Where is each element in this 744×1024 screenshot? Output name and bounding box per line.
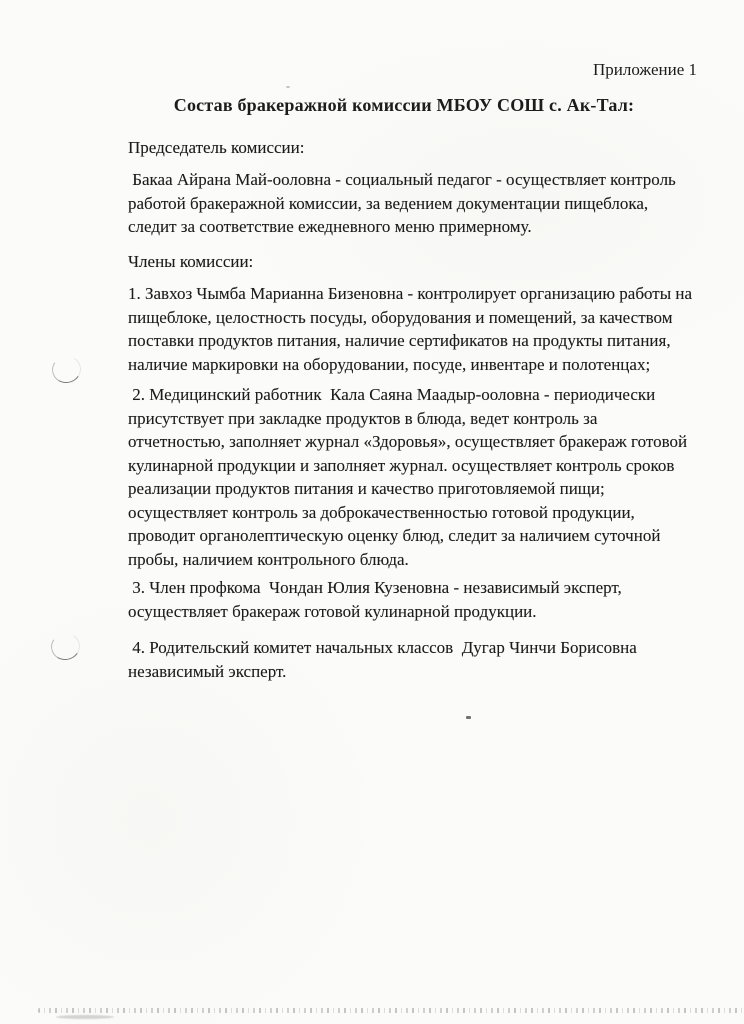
heading-text: Председатель комиссии: (128, 136, 708, 160)
text-line: работой бракеражной комиссии, за ведение… (128, 192, 708, 216)
text-line: осуществляет контроль за доброкачественн… (128, 501, 708, 525)
text-line: присутствует при закладке продуктов в бл… (128, 407, 708, 431)
text-line: проводит органолептическую оценку блюд, … (128, 524, 708, 548)
text-line: пробы, наличием контрольного блюда. (128, 548, 708, 572)
text-line: кулинарной продукции и заполняет журнал.… (128, 454, 708, 478)
members-heading: Члены комиссии: (128, 250, 708, 274)
member-item-4: 4. Родительский комитет начальных классо… (128, 636, 708, 683)
text-line: 1. Завхоз Чымба Марианна Бизеновна - кон… (128, 282, 708, 306)
document-page: Приложение 1 Состав бракеражной комиссии… (0, 0, 744, 1024)
text-line: наличие маркировки на оборудовании, посу… (128, 353, 708, 377)
text-line: отчетностью, заполняет журнал «Здоровья»… (128, 430, 708, 454)
appendix-label: Приложение 1 (0, 60, 697, 80)
text-line: 3. Член профкома Чондан Юлия Кузеновна -… (128, 576, 708, 600)
member-item-2: 2. Медицинский работник Кала Саяна Маады… (128, 383, 708, 571)
chairman-heading: Председатель комиссии: (128, 136, 708, 160)
text-line: Бакаа Айрана Май-ооловна - социальный пе… (128, 168, 708, 192)
text-line: 2. Медицинский работник Кала Саяна Маады… (128, 383, 708, 407)
scan-artifact-arc (49, 630, 83, 662)
chairman-description: Бакаа Айрана Май-ооловна - социальный пе… (128, 168, 708, 239)
text-line: поставки продуктов питания, наличие серт… (128, 329, 708, 353)
text-line: следит за соответствие ежедневного меню … (128, 215, 708, 239)
scan-artifact-smudge (56, 1015, 114, 1019)
text-line: независимый эксперт. (128, 660, 708, 684)
member-item-1: 1. Завхоз Чымба Марианна Бизеновна - кон… (128, 282, 708, 376)
scan-artifact-arc (50, 353, 84, 385)
document-title: Состав бракеражной комиссии МБОУ СОШ с. … (128, 94, 680, 116)
scan-artifact-speck (466, 716, 471, 719)
text-line: 4. Родительский комитет начальных классо… (128, 636, 708, 660)
scan-artifact-band (38, 1008, 744, 1013)
scan-artifact-speck (286, 86, 290, 88)
text-line: осуществляет бракераж готовой кулинарной… (128, 600, 708, 624)
text-line: реализации продуктов питания и качество … (128, 477, 708, 501)
heading-text: Члены комиссии: (128, 250, 708, 274)
member-item-3: 3. Член профкома Чондан Юлия Кузеновна -… (128, 576, 708, 623)
scan-artifact-speck (643, 293, 646, 296)
text-line: пищеблоке, целостность посуды, оборудова… (128, 306, 708, 330)
